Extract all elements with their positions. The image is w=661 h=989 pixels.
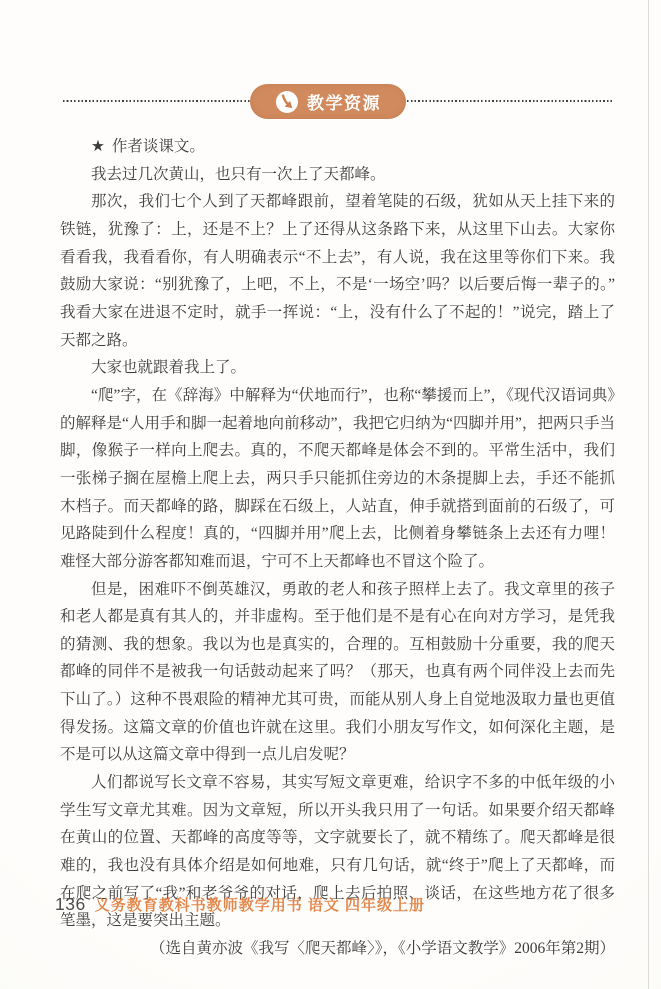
article-heading-line: ★作者谈课文。 [60,133,615,161]
book-page: 教学资源 ★作者谈课文。 我去过几次黄山，也只有一次上了天都峰。那次，我们七个人… [0,0,661,989]
citation: （选自黄亦波《我写〈爬天都峰〉》，《小学语文教学》2006年第2期） [60,935,615,963]
paragraph: 我去过几次黄山，也只有一次上了天都峰。 [60,161,615,189]
down-right-arrow-icon [275,90,299,114]
page-number: 136 [55,894,86,915]
section-badge-label: 教学资源 [307,89,381,114]
paragraph: 但是，困难吓不倒英雄汉，勇敢的老人和孩子照样上去了。我文章里的孩子和老人都是真有… [60,576,615,770]
article-paragraphs: 我去过几次黄山，也只有一次上了天都峰。那次，我们七个人到了天都峰跟前，望着笔陡的… [60,161,615,935]
page-footer: 136 义务教育教科书教师教学用书 语文 四年级上册 [55,894,425,915]
book-title: 义务教育教科书教师教学用书 语文 四年级上册 [95,894,425,915]
star-icon: ★ [91,138,105,155]
article-body: ★作者谈课文。 我去过几次黄山，也只有一次上了天都峰。那次，我们七个人到了天都峰… [60,133,615,963]
paragraph: 大家也就跟着我上了。 [60,354,615,382]
article-heading: 作者谈课文。 [112,138,205,155]
page-edge-line [648,0,649,989]
paragraph: “爬”字，在《辞海》中解释为“伏地而行”，也称“攀援而上”，《现代汉语词典》的解… [60,382,615,576]
section-badge: 教学资源 [250,84,406,119]
paragraph: 那次，我们七个人到了天都峰跟前，望着笔陡的石级，犹如从天上挂下来的铁链，犹豫了：… [60,188,615,354]
